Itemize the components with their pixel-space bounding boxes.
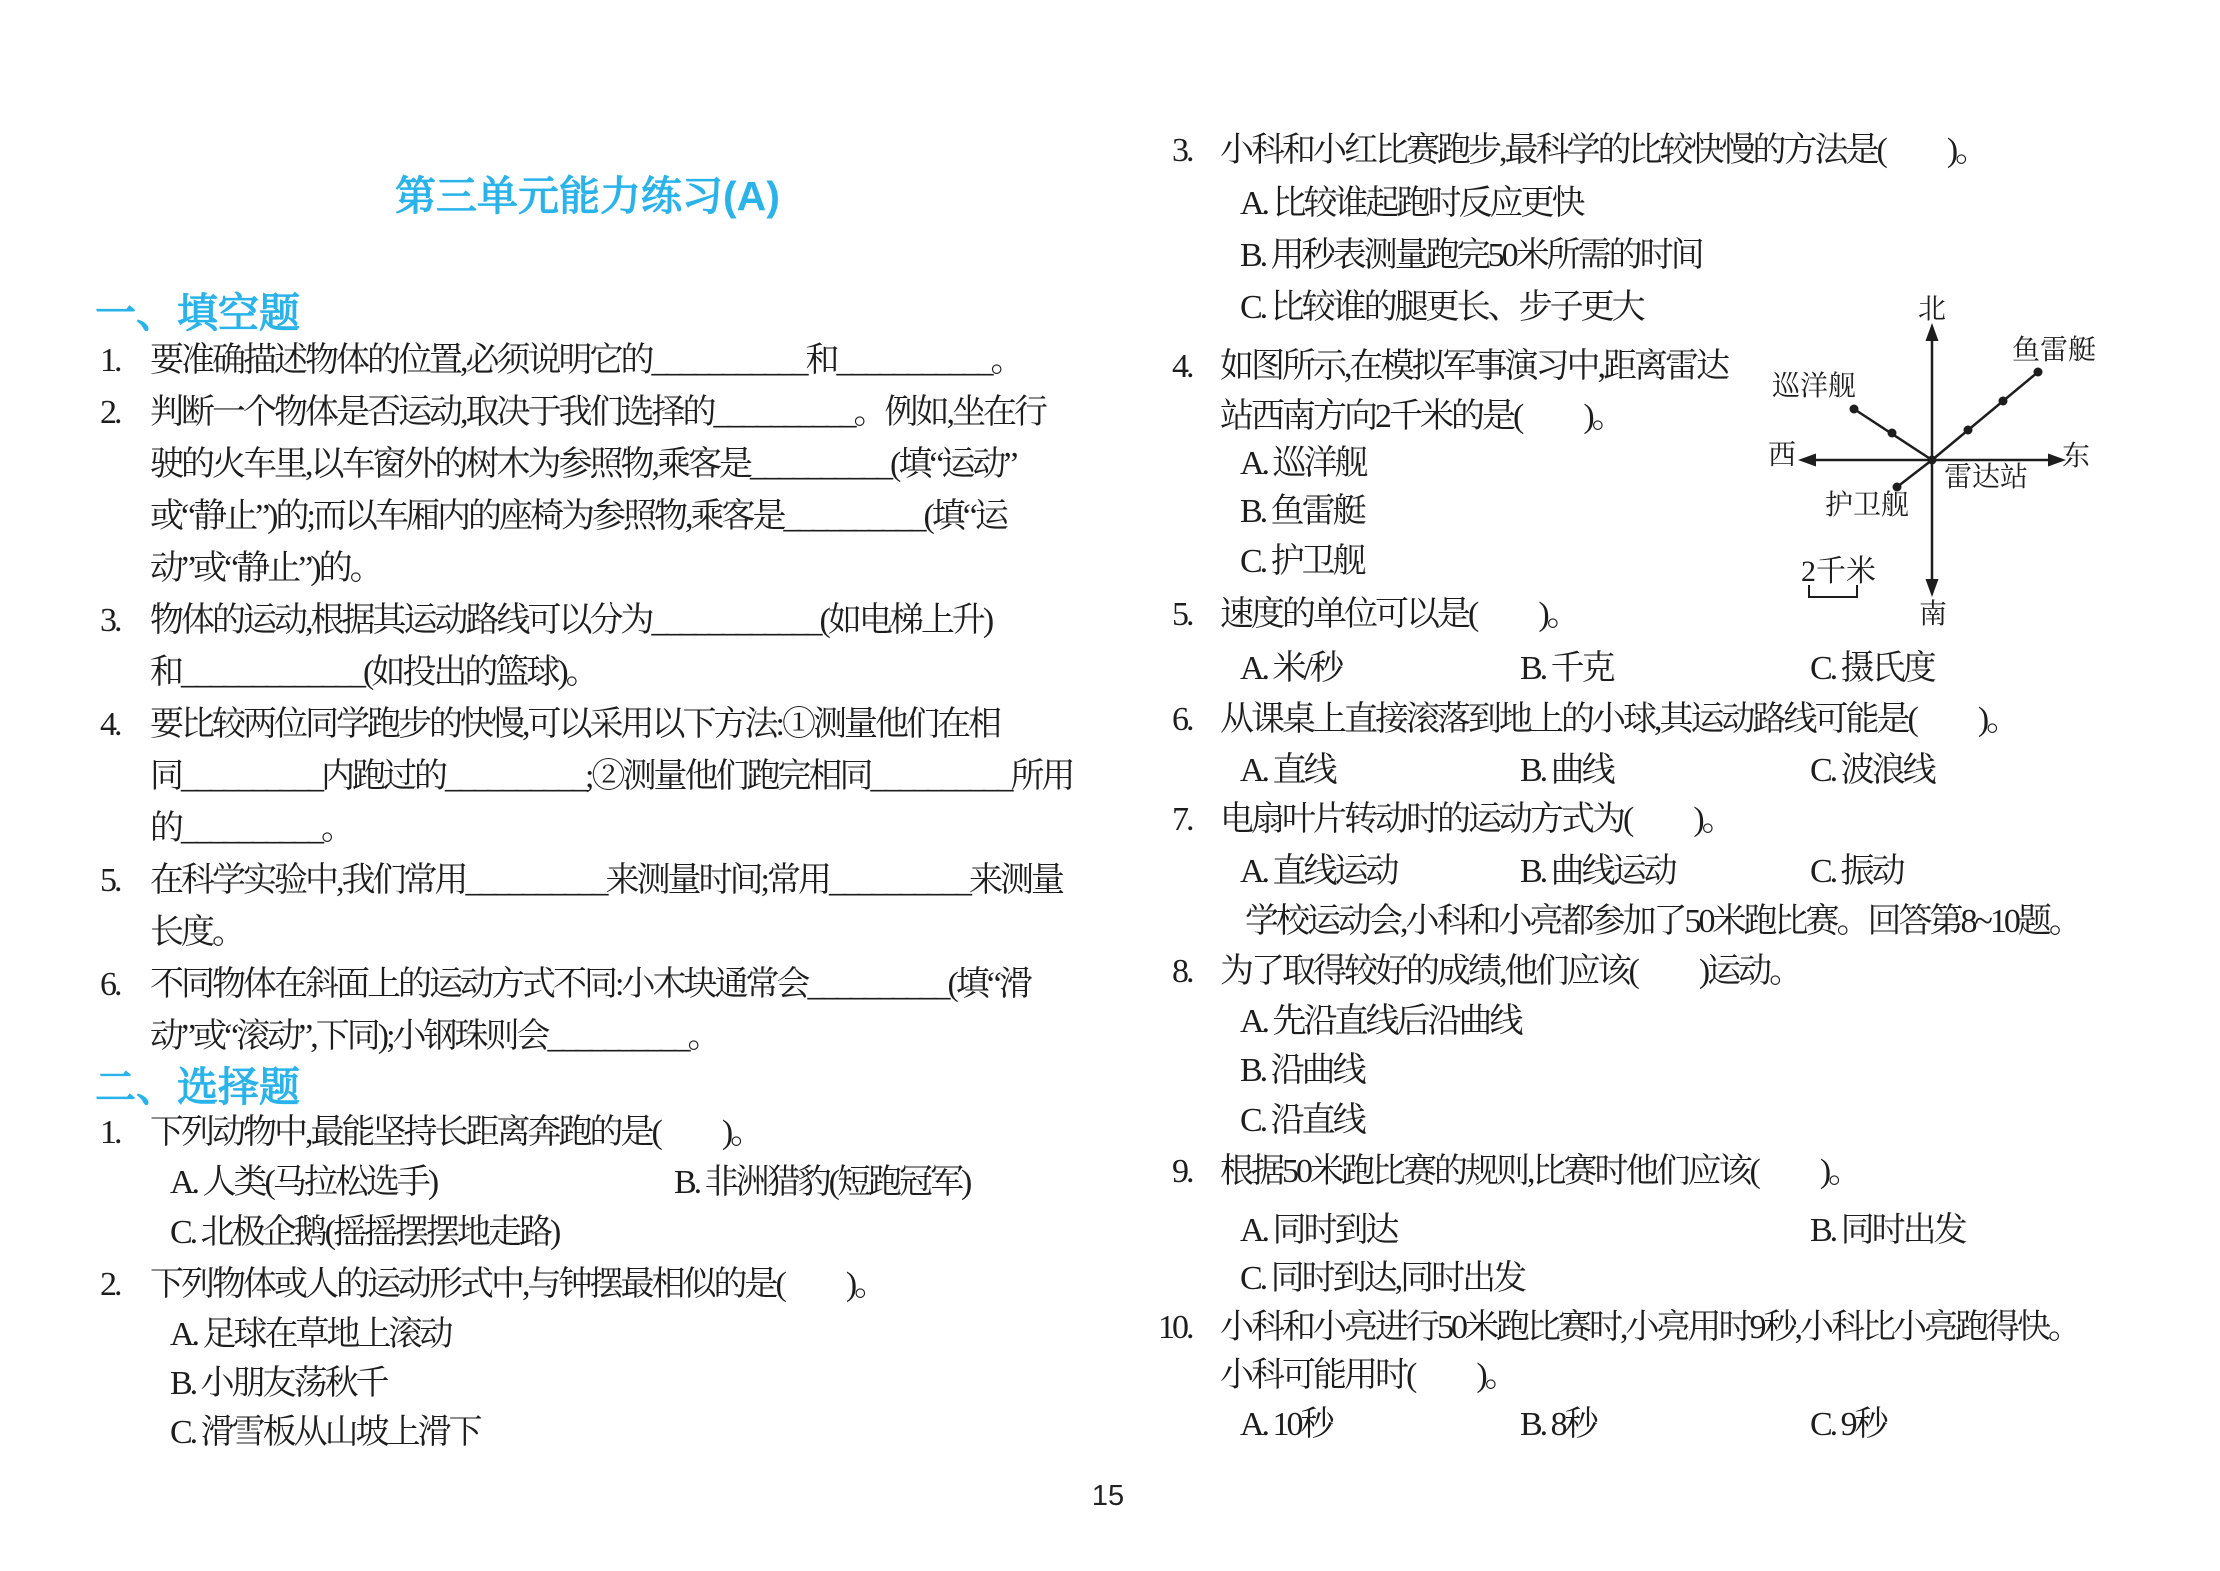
- worksheet-page: 第三单元能力练习(A) 一、填空题 二、选择题 1.要准确描述物体的位置,必须说…: [0, 0, 2220, 1571]
- question-number: 5.: [100, 860, 120, 902]
- question-number: 8.: [1172, 951, 1192, 993]
- question-text: 小科和小亮进行50米跑比赛时,小亮用时9秒,小科比小亮跑得快。: [1220, 1307, 2079, 1349]
- question-text-continued: 动”或“滚动”,下同);小钢珠则会__________。: [150, 1016, 719, 1058]
- arrow-south-icon: [1926, 579, 1939, 597]
- question-text: 小科和小红比赛跑步,最科学的比较快慢的方法是( )。: [1220, 130, 1986, 172]
- question-text: 为了取得较好的成绩,他们应该( )运动。: [1220, 951, 1800, 993]
- arrow-west-icon: [1798, 454, 1816, 467]
- question-number: 6.: [1172, 699, 1192, 741]
- question-text-continued: 或“静止”)的;而以车厢内的座椅为参照物,乘客是__________(填“运: [150, 496, 1006, 538]
- question-number: 4.: [1172, 346, 1192, 388]
- group-intro-text: 学校运动会,小科和小亮都参加了50米跑比赛。回答第8~10题。: [1245, 901, 2080, 943]
- cruiser-label: 巡洋舰: [1772, 370, 1856, 402]
- option-text: B. 曲线: [1520, 750, 1613, 792]
- option-text: A. 巡洋舰: [1240, 443, 1366, 485]
- question-number: 3.: [100, 600, 120, 642]
- option-text: C. 振动: [1810, 851, 1903, 893]
- section-heading-fill-blanks: 一、填空题: [95, 280, 300, 339]
- question-text: 下列动物中,最能坚持长距离奔跑的是( )。: [150, 1112, 761, 1154]
- option-text: A. 人类(马拉松选手): [170, 1162, 436, 1204]
- option-text: A. 10秒: [1240, 1404, 1332, 1446]
- question-number: 1.: [100, 1112, 120, 1154]
- radar-map-diagram: 北 南 西 东 鱼雷艇 巡洋舰 护卫舰 雷达站 2千米: [1760, 285, 2110, 635]
- option-text: C. 滑雪板从山坡上滑下: [170, 1412, 480, 1454]
- radar-station-label: 雷达站: [1944, 461, 2028, 493]
- option-text: B. 千克: [1520, 648, 1613, 690]
- question-number: 2.: [100, 392, 120, 434]
- page-title: 第三单元能力练习(A): [95, 163, 1080, 222]
- northeast-dot-2: [1999, 397, 2008, 406]
- question-text: 要准确描述物体的位置,必须说明它的___________和___________…: [150, 340, 1022, 382]
- compass-west-label: 西: [1768, 440, 1796, 471]
- line-northeast-torpedo-boat: [1932, 372, 2038, 460]
- torpedo-boat-label: 鱼雷艇: [2012, 334, 2096, 366]
- question-text: 从课桌上直接滚落到地上的小球,其运动路线可能是( )。: [1220, 699, 2017, 741]
- question-number: 7.: [1172, 799, 1192, 841]
- line-southwest-frigate: [1897, 460, 1932, 487]
- compass-south-label: 南: [1919, 598, 1947, 630]
- question-text-continued: 驶的火车里,以车窗外的树木为参照物,乘客是__________(填“运动”: [150, 444, 1016, 486]
- option-text: B. 同时出发: [1810, 1210, 1965, 1252]
- option-text: A. 先沿直线后沿曲线: [1240, 1001, 1521, 1043]
- option-text: C. 同时到达,同时出发: [1240, 1258, 1524, 1300]
- compass-east-label: 东: [2062, 440, 2090, 472]
- question-number: 1.: [100, 340, 120, 382]
- question-text: 在科学实验中,我们常用__________来测量时间;常用__________来…: [150, 860, 1062, 902]
- option-text: B. 鱼雷艇: [1240, 491, 1364, 533]
- option-text: C. 比较谁的腿更长、步子更大: [1240, 287, 1643, 329]
- question-text: 不同物体在斜面上的运动方式不同:小木块通常会__________(填“滑: [150, 964, 1030, 1006]
- question-text-continued: 站西南方向2千米的是( )。: [1220, 396, 1623, 438]
- question-text: 判断一个物体是否运动,取决于我们选择的__________。例如,坐在行: [150, 392, 1045, 434]
- torpedo-boat-dot: [2034, 368, 2043, 377]
- option-text: B. 非洲猎豹(短跑冠军): [674, 1162, 969, 1204]
- question-text: 物体的运动,根据其运动路线可以分为____________(如电梯上升): [150, 600, 991, 642]
- question-text: 速度的单位可以是( )。: [1220, 594, 1578, 636]
- question-text: 要比较两位同学跑步的快慢,可以采用以下方法:①测量他们在相: [150, 704, 999, 746]
- option-text: A. 直线: [1240, 750, 1335, 792]
- option-text: C. 9秒: [1810, 1404, 1886, 1446]
- frigate-label: 护卫舰: [1825, 489, 1909, 521]
- option-text: A. 米/秒: [1240, 648, 1341, 690]
- option-text: B. 小朋友荡秋千: [170, 1363, 387, 1405]
- question-number: 3.: [1172, 130, 1192, 172]
- question-text-continued: 同__________内跑过的__________;②测量他们跑完相同_____…: [150, 756, 1072, 798]
- question-text-continued: 长度。: [150, 912, 243, 954]
- option-text: A. 同时到达: [1240, 1210, 1397, 1252]
- option-text: C. 摄氏度: [1810, 648, 1934, 690]
- question-text: 根据50米跑比赛的规则,比赛时他们应该( )。: [1220, 1151, 1859, 1193]
- question-number: 9.: [1172, 1151, 1192, 1193]
- section-heading-multiple-choice: 二、选择题: [95, 1054, 300, 1113]
- option-text: C. 沿直线: [1240, 1100, 1364, 1142]
- question-text: 下列物体或人的运动形式中,与钟摆最相似的是( )。: [150, 1264, 885, 1306]
- option-text: A. 直线运动: [1240, 851, 1397, 893]
- radar-station-dot: [1928, 456, 1937, 465]
- question-number: 2.: [100, 1264, 120, 1306]
- arrow-north-icon: [1926, 323, 1939, 341]
- cruiser-dot: [1850, 405, 1859, 414]
- option-text: B. 8秒: [1520, 1404, 1596, 1446]
- option-text: B. 曲线运动: [1520, 851, 1675, 893]
- question-text: 如图所示,在模拟军事演习中,距离雷达: [1220, 346, 1727, 388]
- question-number: 6.: [100, 964, 120, 1006]
- question-text: 电扇叶片转动时的运动方式为( )。: [1220, 799, 1733, 841]
- question-text-continued: 和_____________(如投出的篮球)。: [150, 652, 597, 694]
- option-text: C. 北极企鹅(摇摇摆摆地走路): [170, 1212, 558, 1254]
- northeast-dot-1: [1964, 426, 1973, 435]
- compass-north-label: 北: [1918, 294, 1946, 325]
- option-text: A. 比较谁起跑时反应更快: [1240, 183, 1583, 225]
- question-number: 4.: [100, 704, 120, 746]
- question-number: 5.: [1172, 594, 1192, 636]
- option-text: C. 护卫舰: [1240, 541, 1364, 583]
- question-text-continued: 小科可能用时( )。: [1220, 1355, 1516, 1397]
- option-text: B. 沿曲线: [1240, 1050, 1364, 1092]
- question-text-continued: 动”或“静止”)的。: [150, 548, 381, 590]
- page-number: 15: [1048, 1480, 1168, 1513]
- option-text: A. 足球在草地上滚动: [170, 1314, 451, 1356]
- question-text-continued: 的__________。: [150, 808, 352, 850]
- question-number: 10.: [1158, 1307, 1192, 1349]
- option-text: C. 波浪线: [1810, 750, 1934, 792]
- option-text: B. 用秒表测量跑完50米所需的时间: [1240, 235, 1702, 277]
- northwest-dot-1: [1888, 429, 1897, 438]
- scale-label: 2千米: [1801, 555, 1876, 588]
